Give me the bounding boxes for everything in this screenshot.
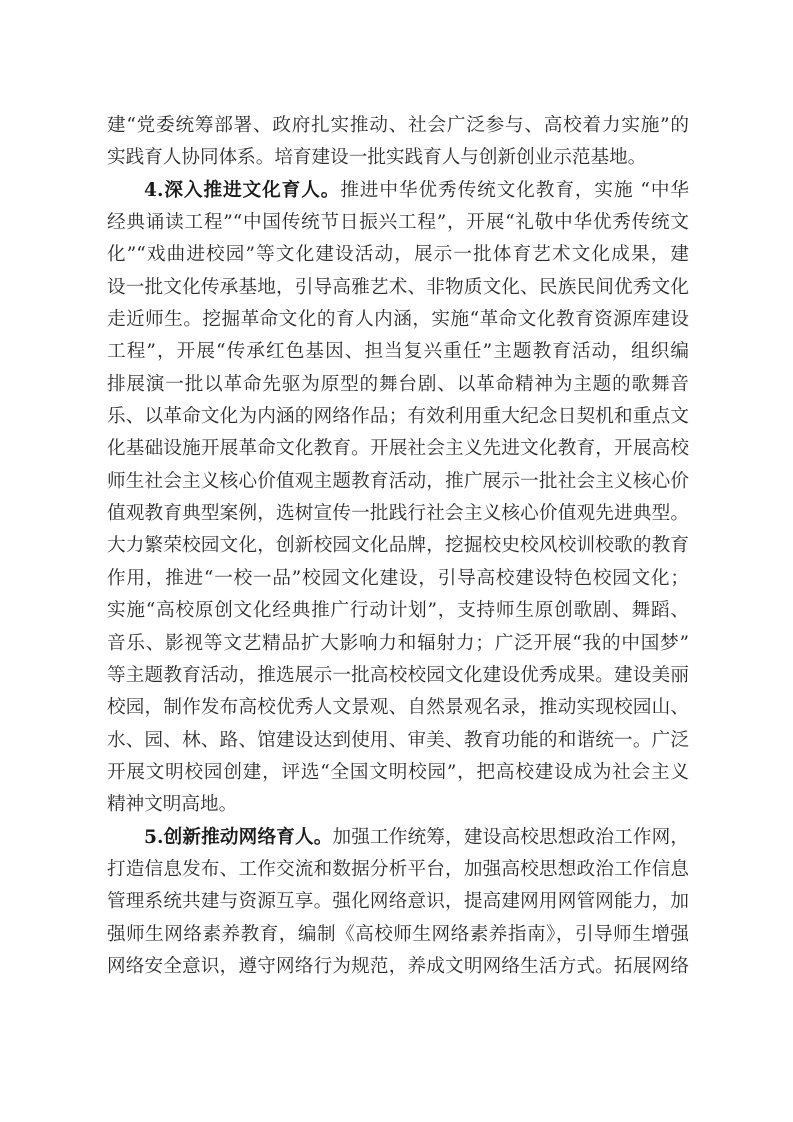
text-run: 推进中华优秀传统文化教育，实施 “中华 [340, 180, 689, 201]
text-run: 加强工作统筹，建设高校思想政治工作网， [333, 827, 689, 848]
text-line: 走近师生。挖掘革命文化的育人内涵，实施“革命文化教育资源库建设 [107, 304, 689, 336]
text-line: 师生社会主义核心价值观主题教育活动，推广展示一批社会主义核心价 [107, 466, 689, 498]
text-line: 化基础设施开展革命文化教育。开展社会主义先进文化教育，开展高校 [107, 433, 689, 465]
text-line: 4.深入推进文化育人。推进中华优秀传统文化教育，实施 “中华 [107, 175, 689, 207]
text-line: 实施“高校原创文化经典推广行动计划”，支持师生原创歌剧、舞蹈、 [107, 595, 689, 627]
text-line: 水、园、林、路、馆建设达到使用、审美、教育功能的和谐统一。广泛 [107, 725, 689, 757]
text-line: 等主题教育活动，推选展示一批高校校园文化建设优秀成果。建设美丽 [107, 660, 689, 692]
text-line: 实践育人协同体系。培育建设一批实践育人与创新创业示范基地。 [107, 142, 689, 174]
text-line: 强师生网络素养教育，编制《高校师生网络素养指南》，引导师生增强 [107, 919, 689, 951]
paragraph-practice-continuation: 建“党委统筹部署、政府扎实推动、社会广泛参与、高校着力实施”的 实践育人协同体系… [107, 110, 689, 175]
paragraph-network-education: 5.创新推动网络育人。加强工作统筹，建设高校思想政治工作网， 打造信息发布、工作… [107, 822, 689, 984]
text-line: 值观教育典型案例，选树宣传一批践行社会主义核心价值观先进典型。 [107, 498, 689, 530]
text-line: 作用，推进“一校一品”校园文化建设，引导高校建设特色校园文化； [107, 563, 689, 595]
text-line: 大力繁荣校园文化，创新校园文化品牌，挖掘校史校风校训校歌的教育 [107, 530, 689, 562]
text-line: 打造信息发布、工作交流和数据分析平台，加强高校思想政治工作信息 [107, 854, 689, 886]
text-line: 化”“戏曲进校园”等文化建设活动，展示一批体育艺术文化成果，建 [107, 239, 689, 271]
text-line: 网络安全意识，遵守网络行为规范，养成文明网络生活方式。拓展网络 [107, 951, 689, 983]
text-line: 5.创新推动网络育人。加强工作统筹，建设高校思想政治工作网， [107, 822, 689, 854]
text-line: 乐、以革命文化为内涵的网络作品；有效利用重大纪念日契机和重点文 [107, 401, 689, 433]
text-line: 经典诵读工程”“中国传统节日振兴工程”，开展“礼敬中华优秀传统文 [107, 207, 689, 239]
text-line: 校园，制作发布高校优秀人文景观、自然景观名录，推动实现校园山、 [107, 692, 689, 724]
text-line: 音乐、影视等文艺精品扩大影响力和辐射力；广泛开展“我的中国梦” [107, 628, 689, 660]
text-line: 管理系统共建与资源互享。强化网络意识，提高建网用网管网能力，加 [107, 886, 689, 918]
text-line: 开展文明校园创建，评选“全国文明校园”，把高校建设成为社会主义 [107, 757, 689, 789]
paragraph-cultural-education: 4.深入推进文化育人。推进中华优秀传统文化教育，实施 “中华 经典诵读工程”“中… [107, 175, 689, 822]
text-line: 精神文明高地。 [107, 789, 689, 821]
text-line: 排展演一批以革命先驱为原型的舞台剧、以革命精神为主题的歌舞音 [107, 369, 689, 401]
text-line: 设一批文化传承基地，引导高雅艺术、非物质文化、民族民间优秀文化 [107, 272, 689, 304]
section-heading-4: 4.深入推进文化育人。 [144, 180, 340, 201]
section-heading-5: 5.创新推动网络育人。 [144, 827, 333, 848]
text-line: 工程”，开展“传承红色基因、担当复兴重任”主题教育活动，组织编 [107, 336, 689, 368]
text-line: 建“党委统筹部署、政府扎实推动、社会广泛参与、高校着力实施”的 [107, 110, 689, 142]
document-page: 建“党委统筹部署、政府扎实推动、社会广泛参与、高校着力实施”的 实践育人协同体系… [107, 110, 689, 983]
